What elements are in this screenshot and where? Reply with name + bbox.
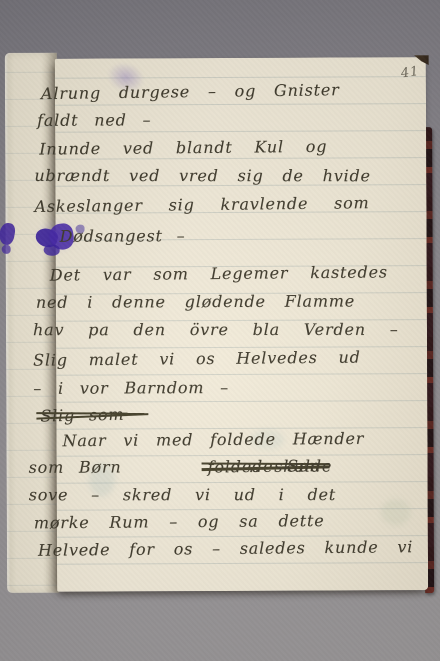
paper-stain <box>381 499 411 525</box>
page-number: 41 <box>400 64 421 82</box>
handwritten-line: .. skulde <box>249 457 333 476</box>
handwritten-line: Det var som Legemer kastedes <box>50 262 388 284</box>
handwritten-line: mørke Rum – og sa dette <box>34 511 325 532</box>
handwritten-line: – i vor Barndom – <box>33 378 229 398</box>
ink-blot-core <box>44 245 60 256</box>
ink-blot-core <box>0 222 16 246</box>
handwritten-line: sove – skred vi ud i det <box>29 485 336 504</box>
handwritten-line: Slig malet vi os Helvedes ud <box>33 348 361 370</box>
handwritten-line: ubrændt ved vred sig de hvide <box>34 166 370 185</box>
ink-blot <box>0 223 18 257</box>
photo-background: { "colors": { "background_gray": "#8b888… <box>0 0 440 661</box>
handwritten-line: Alrung durgese – og Gnister <box>41 80 340 103</box>
handwritten-line: hav pa den övre bla Verden – <box>33 320 399 339</box>
handwritten-line: ned i denne glødende Flamme <box>36 291 355 311</box>
handwritten-line-struck: Slig som <box>40 405 124 426</box>
handwritten-line: Askeslanger sig kravlende som <box>34 193 369 216</box>
ink-blot-speck <box>2 245 11 254</box>
handwritten-line: Inunde ved blandt Kul og <box>39 137 327 159</box>
handwritten-line: Helvede for os – saledes kunde vi <box>38 537 413 560</box>
handwritten-line: Dødsangest – <box>60 226 186 246</box>
notebook: 41 Alrung durgese – og Gnister faldt ned… <box>0 0 440 661</box>
handwritten-line: Naar vi med foldede Hænder <box>62 429 364 450</box>
handwritten-line: faldt ned – <box>37 110 151 129</box>
handwritten-line: som Børn <box>29 457 122 476</box>
